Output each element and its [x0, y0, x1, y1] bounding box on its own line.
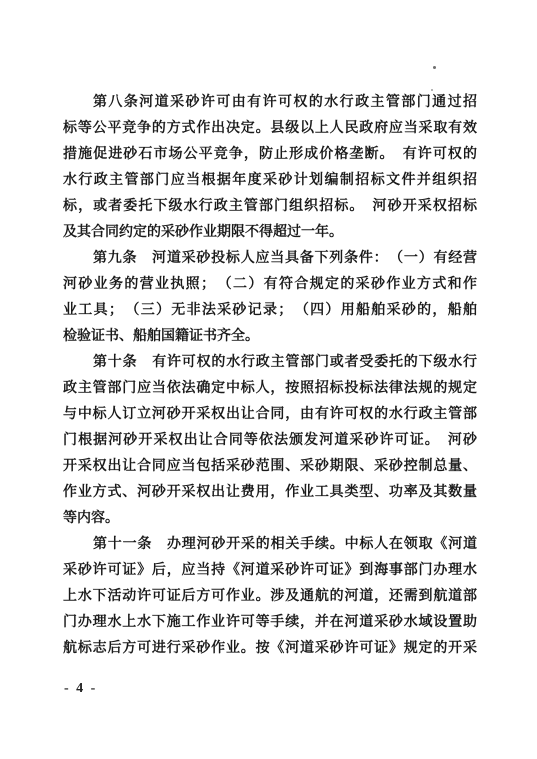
- article-11: 第十一条 办理河砂开采的相关手续。中标人在领取《河道 采砂许可证》后，应当持《河…: [63, 532, 477, 662]
- text-line: 第八条河道采砂许可由有许可权的水行政主管部门通过招: [63, 90, 477, 116]
- text-line: 航标志后方可进行采砂作业。按《河道采砂许可证》规定的开采: [63, 636, 477, 662]
- text-line: 第十一条 办理河砂开采的相关手续。中标人在领取《河道: [63, 532, 477, 558]
- text-line: 门办理水上水下施工作业许可等手续，并在河道采砂水域设置助: [63, 610, 477, 636]
- text-line: 等内容。: [63, 506, 477, 532]
- text-line: 及其合同约定的采砂作业期限不得超过一年。: [63, 220, 477, 246]
- text-line: 检验证书、船舶国籍证书齐全。: [63, 324, 477, 350]
- article-9: 第九条 河道采砂投标人应当具备下列条件： （一）有经营 河砂业务的营业执照； （…: [63, 246, 477, 350]
- text-line: 上水下活动许可证后方可作业。涉及通航的河道，还需到航道部: [63, 584, 477, 610]
- scanned-document-page: 第八条河道采砂许可由有许可权的水行政主管部门通过招 标等公平竞争的方式作出决定。…: [0, 0, 537, 759]
- article-8: 第八条河道采砂许可由有许可权的水行政主管部门通过招 标等公平竞争的方式作出决定。…: [63, 90, 477, 246]
- text-line: 与中标人订立河砂开采权出让合同，由有许可权的水行政主管部: [63, 402, 477, 428]
- text-line: 河砂业务的营业执照； （二）有符合规定的采砂作业方式和作: [63, 272, 477, 298]
- text-line: 业工具； （三）无非法采砂记录； （四）用船舶采砂的，船舶: [63, 298, 477, 324]
- page-number: - 4 -: [64, 681, 97, 697]
- text-line: 门根据河砂开采权出让合同等依法颁发河道采砂许可证。 河砂: [63, 428, 477, 454]
- text-line: 政主管部门应当依法确定中标人，按照招标投标法律法规的规定: [63, 376, 477, 402]
- text-line: 第十条 有许可权的水行政主管部门或者受委托的下级水行: [63, 350, 477, 376]
- text-line: 开采权出让合同应当包括采砂范围、采砂期限、采砂控制总量、: [63, 454, 477, 480]
- text-line: 第九条 河道采砂投标人应当具备下列条件： （一）有经营: [63, 246, 477, 272]
- text-line: 标等公平竞争的方式作出决定。县级以上人民政府应当采取有效: [63, 116, 477, 142]
- scan-speck: [433, 66, 436, 69]
- document-body: 第八条河道采砂许可由有许可权的水行政主管部门通过招 标等公平竞争的方式作出决定。…: [63, 90, 477, 662]
- article-10: 第十条 有许可权的水行政主管部门或者受委托的下级水行 政主管部门应当依法确定中标…: [63, 350, 477, 532]
- text-line: 采砂许可证》后，应当持《河道采砂许可证》到海事部门办理水: [63, 558, 477, 584]
- text-line: 标，或者委托下级水行政主管部门组织招标。 河砂开采权招标: [63, 194, 477, 220]
- text-line: 措施促进砂石市场公平竞争，防止形成价格垄断。 有许可权的: [63, 142, 477, 168]
- text-line: 水行政主管部门应当根据年度采砂计划编制招标文件并组织招: [63, 168, 477, 194]
- text-line: 作业方式、河砂开采权出让费用，作业工具类型、功率及其数量: [63, 480, 477, 506]
